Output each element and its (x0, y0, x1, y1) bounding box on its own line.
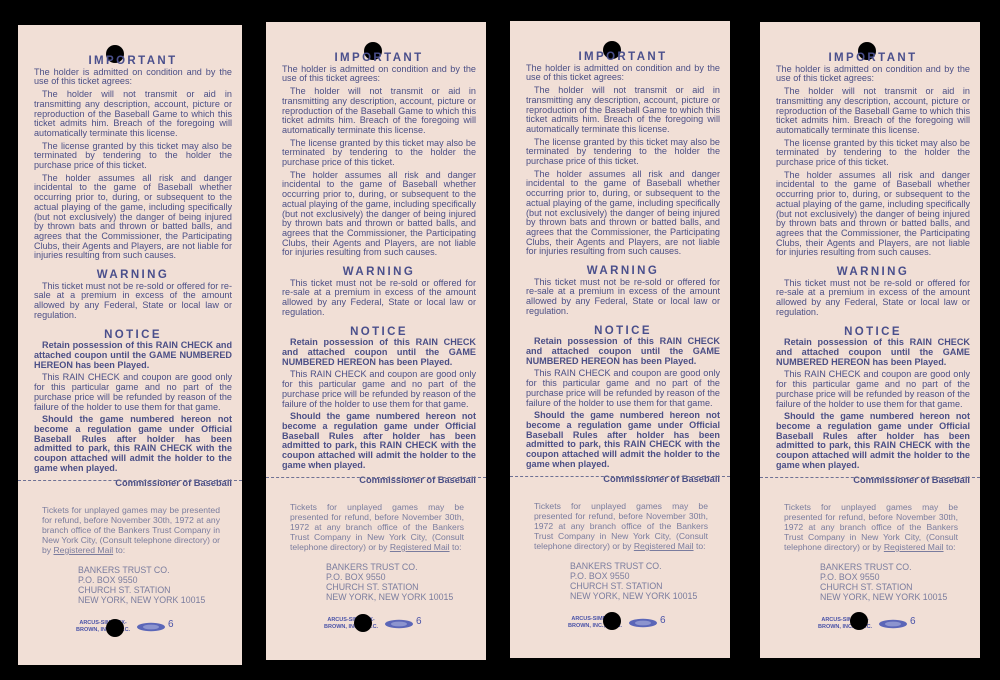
notice-para-1: Retain possession of this RAIN CHECK and… (526, 337, 720, 366)
important-para-3: The license granted by this ticket may a… (34, 142, 232, 171)
address-line: CHURCH ST. STATION (326, 582, 453, 592)
notice-heading: NOTICE (776, 328, 970, 338)
notice-para-2: This RAIN CHECK and coupon are good only… (34, 373, 232, 412)
warning-text: This ticket must not be re-sold or offer… (282, 279, 476, 318)
address-line: BANKERS TRUST CO. (78, 565, 205, 575)
notice-para-3: Should the game numbered hereon not beco… (34, 415, 232, 473)
stub-registered: Registered Mail (390, 542, 450, 552)
union-bug-icon (878, 619, 908, 629)
stub-to: to: (946, 542, 956, 552)
address-line: BANKERS TRUST CO. (326, 562, 453, 572)
important-para-4: The holder assumes all risk and danger i… (282, 171, 476, 258)
address-line: NEW YORK, NEW YORK 10015 (820, 592, 947, 602)
warning-heading: WARNING (526, 267, 720, 277)
address-line: BANKERS TRUST CO. (820, 562, 947, 572)
important-para-2: The holder will not transmit or aid in t… (34, 90, 232, 139)
printer-number: 6 (910, 616, 916, 627)
notice-para-3: Should the game numbered hereon not beco… (282, 412, 476, 470)
important-para-3: The license granted by this ticket may a… (526, 138, 720, 167)
address-line: NEW YORK, NEW YORK 10015 (78, 595, 205, 605)
ticket-terms: IMPORTANT The holder is admitted on cond… (526, 53, 720, 485)
stub-registered: Registered Mail (884, 542, 944, 552)
important-para-1: The holder is admitted on condition and … (282, 65, 476, 84)
address-line: CHURCH ST. STATION (570, 581, 697, 591)
important-para-4: The holder assumes all risk and danger i… (526, 170, 720, 257)
printer-number: 6 (168, 619, 174, 630)
punch-hole-bottom (603, 612, 621, 630)
address-line: CHURCH ST. STATION (78, 585, 205, 595)
notice-heading: NOTICE (526, 327, 720, 337)
refund-stub-text: Tickets for unplayed games may be presen… (784, 502, 958, 552)
stub-to: to: (116, 545, 126, 555)
stub-registered: Registered Mail (53, 545, 113, 555)
address-line: CHURCH ST. STATION (820, 582, 947, 592)
address-line: BANKERS TRUST CO. (570, 561, 697, 571)
rain-check-ticket: IMPORTANT The holder is admitted on cond… (760, 22, 980, 658)
important-para-3: The license granted by this ticket may a… (282, 139, 476, 168)
refund-stub-text: Tickets for unplayed games may be presen… (290, 502, 464, 552)
perforation-line (510, 476, 730, 477)
refund-address: BANKERS TRUST CO. P.O. BOX 9550 CHURCH S… (570, 561, 697, 601)
warning-heading: WARNING (776, 268, 970, 278)
notice-para-1: Retain possession of this RAIN CHECK and… (282, 338, 476, 367)
ticket-terms: IMPORTANT The holder is admitted on cond… (282, 54, 476, 486)
warning-heading: WARNING (282, 268, 476, 278)
notice-heading: NOTICE (282, 328, 476, 338)
punch-hole-bottom (354, 614, 372, 632)
ticket-terms: IMPORTANT The holder is admitted on cond… (34, 57, 232, 489)
perforation-line (266, 477, 486, 478)
notice-para-2: This RAIN CHECK and coupon are good only… (526, 369, 720, 408)
refund-stub-text: Tickets for unplayed games may be presen… (534, 501, 708, 551)
printer-number: 6 (660, 615, 666, 626)
notice-para-3: Should the game numbered hereon not beco… (776, 412, 970, 470)
refund-stub-text: Tickets for unplayed games may be presen… (42, 505, 220, 555)
perforation-line (760, 477, 980, 478)
important-para-4: The holder assumes all risk and danger i… (34, 174, 232, 261)
important-para-4: The holder assumes all risk and danger i… (776, 171, 970, 258)
stub-registered: Registered Mail (634, 541, 694, 551)
notice-para-2: This RAIN CHECK and coupon are good only… (776, 370, 970, 409)
important-para-1: The holder is admitted on condition and … (526, 64, 720, 83)
important-para-2: The holder will not transmit or aid in t… (282, 87, 476, 136)
rain-check-ticket: IMPORTANT The holder is admitted on cond… (266, 22, 486, 660)
union-bug-icon (136, 622, 166, 632)
address-line: NEW YORK, NEW YORK 10015 (570, 591, 697, 601)
address-line: P.O. BOX 9550 (78, 575, 205, 585)
important-heading: IMPORTANT (34, 57, 232, 67)
warning-heading: WARNING (34, 271, 232, 281)
notice-para-1: Retain possession of this RAIN CHECK and… (776, 338, 970, 367)
refund-address: BANKERS TRUST CO. P.O. BOX 9550 CHURCH S… (326, 562, 453, 602)
punch-hole-bottom (106, 619, 124, 637)
important-heading: IMPORTANT (282, 54, 476, 64)
refund-address: BANKERS TRUST CO. P.O. BOX 9550 CHURCH S… (820, 562, 947, 602)
notice-para-3: Should the game numbered hereon not beco… (526, 411, 720, 469)
address-line: P.O. BOX 9550 (570, 571, 697, 581)
refund-address: BANKERS TRUST CO. P.O. BOX 9550 CHURCH S… (78, 565, 205, 605)
stub-to: to: (696, 541, 706, 551)
notice-heading: NOTICE (34, 331, 232, 341)
important-para-3: The license granted by this ticket may a… (776, 139, 970, 168)
address-line: P.O. BOX 9550 (820, 572, 947, 582)
stub-to: to: (452, 542, 462, 552)
punch-hole-bottom (850, 612, 868, 630)
printer-number: 6 (416, 616, 422, 627)
notice-para-2: This RAIN CHECK and coupon are good only… (282, 370, 476, 409)
warning-text: This ticket must not be re-sold or offer… (776, 279, 970, 318)
important-para-1: The holder is admitted on condition and … (34, 68, 232, 87)
union-bug-icon (384, 619, 414, 629)
warning-text: This ticket must not be re-sold or offer… (34, 282, 232, 321)
important-para-2: The holder will not transmit or aid in t… (526, 86, 720, 135)
important-heading: IMPORTANT (526, 53, 720, 63)
ticket-terms: IMPORTANT The holder is admitted on cond… (776, 54, 970, 486)
important-para-2: The holder will not transmit or aid in t… (776, 87, 970, 136)
important-para-1: The holder is admitted on condition and … (776, 65, 970, 84)
perforation-line (18, 480, 242, 481)
rain-check-ticket: IMPORTANT The holder is admitted on cond… (510, 21, 730, 658)
union-bug-icon (628, 618, 658, 628)
rain-check-ticket: IMPORTANT The holder is admitted on cond… (18, 25, 242, 665)
important-heading: IMPORTANT (776, 54, 970, 64)
notice-para-1: Retain possession of this RAIN CHECK and… (34, 341, 232, 370)
warning-text: This ticket must not be re-sold or offer… (526, 278, 720, 317)
address-line: NEW YORK, NEW YORK 10015 (326, 592, 453, 602)
address-line: P.O. BOX 9550 (326, 572, 453, 582)
